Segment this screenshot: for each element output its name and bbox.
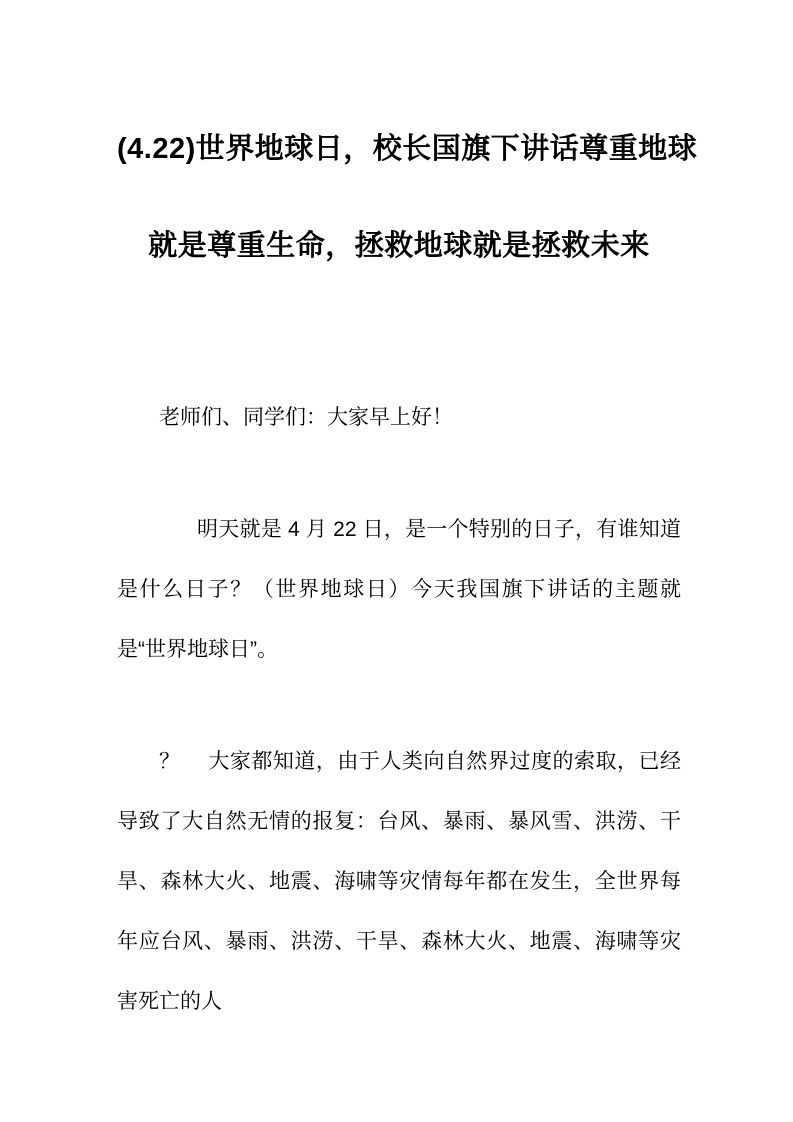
document-title: (4.22)世界地球日，校长国旗下讲话尊重地球 就是尊重生命，拯救地球就是拯救未… [117,101,681,295]
document-title-line-2: 就是尊重生命，拯救地球就是拯救未来 [117,198,681,295]
document-page: (4.22)世界地球日，校长国旗下讲话尊重地球 就是尊重生命，拯救地球就是拯救未… [0,0,793,1122]
paragraph-natural-disasters: ？ 大家都知道，由于人类向自然界过度的索取，已经导致了大自然无情的报复：台风、暴… [117,732,681,1032]
paragraph-intro-earth-day: 明天就是 4 月 22 日，是一个特别的日子，有谁知道是什么日子？（世界地球日）… [117,500,681,680]
document-title-line-1: (4.22)世界地球日，校长国旗下讲话尊重地球 [117,101,681,198]
paragraph-greeting: 老师们、同学们：大家早上好！ [117,388,681,448]
